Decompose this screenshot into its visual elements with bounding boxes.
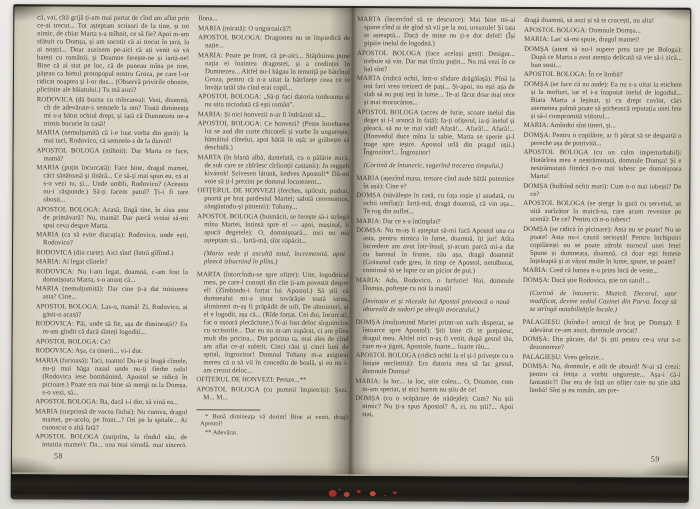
dialogue-paragraph: APOSTOL BOLOGA (acces de furie, scoate i…: [357, 109, 515, 158]
dialogue-paragraph: DOMȘA (cu o scăpărare de nădejde): Cum? …: [355, 395, 513, 420]
dialogue-paragraph: MARIA (nemulțumită): Dar cine ți-a dat m…: [36, 285, 188, 302]
dialogue-paragraph: MARIA: Ai legat cîinele?: [36, 258, 188, 267]
dialogue-paragraph: DOMȘA (atent să nu-l supere prea tare pe…: [524, 45, 682, 70]
dialogue-paragraph: DOMȘA (mulțumind Mariei printr-un surîs …: [355, 319, 513, 352]
dialogue-paragraph: RODOVICA (dă buzna cu mîncarea): Vezi, d…: [37, 96, 189, 129]
stage-direction: (Cortină de întuneric. Muzică. Decorul, …: [523, 289, 681, 314]
dialogue-paragraph: PALAGIEȘU: Vreo gelozie...: [522, 353, 680, 362]
dialogue-paragraph: DOMȘA (se ridică în picioare): Asta nu s…: [523, 225, 681, 266]
right-page-column-2: dragă doamnă, să auzi și să te crucești,…: [522, 17, 682, 450]
dialogue-paragraph: OFIȚERUL DE HONVEZI (ferches, spilcuit, …: [197, 187, 349, 212]
right-page-column-1: MARTA (încercînd să se descurce): Mai bi…: [355, 16, 515, 449]
dialogue-paragraph: APOSTOL BOLOGA: „Să-ți faci datoria totd…: [198, 93, 350, 110]
dialogue-paragraph: APOSTOL BOLOGA (ridică ochii la el și-l …: [355, 352, 513, 377]
dialogue-paragraph: APOSTOL BOLOGA (face același gest): Desi…: [357, 50, 515, 75]
dialogue-paragraph: MARIA (surprinsă de vocea fiului): Nu cu…: [35, 408, 187, 433]
dialogue-paragraph: MARIA: Amîndoi sînt tineri, și...: [524, 122, 682, 131]
footnote: * Bună dimineața vă dorim! Bine ai venit…: [196, 413, 348, 429]
dialogue-paragraph: APOSTOL BOLOGA: În ce limbă?: [524, 71, 682, 80]
dialogue-paragraph: MARTA (ridică ochii, într-o sfidare drăg…: [357, 75, 515, 108]
dialogue-paragraph: APOSTOL BOLOGA (se șterge la gură cu șer…: [523, 200, 681, 225]
dialogue-paragraph: MARTA (întorcîndu-se spre ofițer): Uite,…: [196, 271, 349, 376]
dialogue-paragraph: dragă doamnă, să auzi și să te crucești,…: [524, 17, 682, 26]
dialogue-paragraph: MARIA: Ia loc... ia loc, uite colea... O…: [355, 378, 513, 395]
dialogue-paragraph: MARIA: Și nici honvezii n-ar fi îndrăzni…: [198, 111, 350, 120]
dialogue-paragraph: RODOVICA: Așa, ca tinerii... vi-i dor.: [35, 347, 187, 356]
dialogue-paragraph: APOSTOL BOLOGA (mîhnit): Dar Marta ce fa…: [36, 147, 188, 164]
left-page-column-1: că, vai, cîtă grijă ți-am mai purtat de …: [35, 14, 189, 447]
dialogue-paragraph: DOMȘA: Pentru o copilărie, ar fi păcat s…: [524, 131, 682, 148]
dialogue-paragraph: MARTA (încercînd să se descurce): Mai bi…: [357, 16, 515, 49]
dialogue-paragraph: APOSTOL BOLOGA: Las-o, mamă! Zi, Rodovic…: [36, 303, 188, 320]
dialogue-paragraph: DOMȘA: Nu, domnule, e atît de absurd! N-…: [522, 363, 680, 396]
stage-direction: (Invitația ei și răceala lui Apostol pro…: [356, 298, 514, 315]
dialogue-paragraph: APOSTOL BOLOGA (surprins, la rîndul său,…: [35, 433, 187, 447]
dialogue-paragraph: APOSTOL BOLOGA: Dragostea nu se împiedic…: [198, 34, 350, 51]
page-number-right: 59: [651, 455, 660, 464]
book-pages: că, vai, cîtă grijă ți-am mai purtat de …: [12, 6, 690, 478]
dialogue-paragraph: că, vai, cîtă grijă ți-am mai purtat de …: [37, 14, 189, 95]
left-page-column-2: Ilona...MARIA (mirată): O unguroaică?!AP…: [196, 15, 350, 448]
dialogue-paragraph: APOSTOL BOLOGA: Ce?: [36, 338, 188, 347]
footnote-rule: [196, 409, 260, 410]
dialogue-paragraph: Ilona...: [198, 15, 350, 24]
dialogue-paragraph: MARIA (mirată): O unguroaică?!: [198, 25, 350, 34]
stage-direction: (Cortină de întuneric, sugerînd trecerea…: [356, 162, 514, 171]
open-book: că, vai, cîtă grijă ți-am mai purtat de …: [11, 4, 692, 503]
dialogue-paragraph: APOSTOL BOLOGA: Domnule Domșa...: [524, 26, 682, 35]
dialogue-paragraph: MARIA (nemulțumită că i-e luat vorba din…: [37, 129, 189, 146]
dialogue-paragraph: MARIA (ca să evite discuția): Rodovico, …: [36, 231, 188, 248]
dialogue-paragraph: MARIA (așezînd masa, tresare cînd aude b…: [356, 175, 514, 192]
page-right: MARTA (încercînd să se descurce): Mai bi…: [350, 8, 690, 478]
page-left: că, vai, cîtă grijă ți-am mai purtat de …: [12, 6, 352, 476]
dialogue-paragraph: DOMȘA (năvălește în casă, cu fața roșie …: [356, 192, 514, 217]
dialogue-paragraph: RODOVICA: Păi, unde să fie, așa de dimin…: [36, 320, 188, 337]
dialogue-paragraph: APOSTOL BOLOGA: Ba, dacă i-i dor, să vin…: [35, 398, 187, 407]
dialogue-paragraph: APOSTOL BOLOGA: Ce honvezi? (Peste între…: [198, 120, 350, 153]
dialogue-paragraph: RODOVICA (din curte): Aici sînt! (Intră …: [36, 249, 188, 258]
stage-direction: (Maria vede și ascultă totul, încremenit…: [197, 250, 349, 267]
dialogue-paragraph: MARIA: Las' să-mi spuie, dragul mamei!: [524, 36, 682, 45]
dialogue-paragraph: PALAGIEȘU (luîndu-l amical de braț pe Do…: [523, 318, 681, 335]
dialogue-paragraph: MARTA (în blană albă, dantelată, cu o pă…: [197, 154, 349, 187]
scan-background: că, vai, cîtă grijă ți-am mai purtat de …: [0, 0, 700, 509]
dialogue-paragraph: RODOVICA: Nu l-am legat, doamnă, c-am fo…: [36, 268, 188, 285]
dialogue-paragraph: MARIA (furioasă): Taci, toanto! Du-te și…: [35, 357, 187, 398]
dialogue-paragraph: MARIA: Poate pe front, că pe-aici... Stă…: [198, 52, 350, 93]
page-number-left: 58: [54, 451, 63, 460]
footnote: ** Adevărat.: [196, 429, 348, 437]
dialogue-paragraph: MARIA: Adu, Rodovico, o farfurie! Hai, d…: [356, 277, 514, 294]
dialogue-paragraph: OFIȚERUL DE HONVEZI: Persze...**: [196, 376, 348, 385]
dialogue-paragraph: APOSTOL BOLOGA (cu un calm imperturbabil…: [523, 149, 681, 182]
dialogue-paragraph: DOMȘA: Dacă știe Rodovica, știe tot satu…: [523, 276, 681, 285]
red-stain-marks: [329, 490, 337, 497]
dialogue-paragraph: DOMȘA: Nu m-aș fi așteptat să-mi facă Ap…: [356, 227, 514, 276]
dialogue-paragraph: APOSTOL BOLOGA (cu pumnii împietriți): Ș…: [196, 386, 348, 403]
dialogue-paragraph: DOMȘA (holbînd ochii mari): Cum n-o mai …: [523, 182, 681, 199]
dialogue-paragraph: APOSTOL BOLOGA: Acasă, lîngă tine, în zi…: [36, 206, 188, 231]
dialogue-paragraph: DOMȘA: Din păcate, da! Și știi pentru ce…: [522, 336, 680, 353]
dialogue-paragraph: DOMȘA (se face că nu aude): Ea nu s-a ui…: [524, 80, 682, 121]
dialogue-paragraph: APOSTOL BOLOGA (buimăcit, se ferește să-…: [197, 213, 349, 246]
dialogue-paragraph: MARIA (puțin încurcată): Face bine, drag…: [36, 164, 188, 205]
dialogue-paragraph: MARIA: Dar ce s-a întîmplat?: [356, 218, 514, 227]
dialogue-paragraph: MARIA: Cred că lumea n-a prins încă de v…: [523, 267, 681, 276]
book-bottom-edge: [11, 474, 689, 503]
